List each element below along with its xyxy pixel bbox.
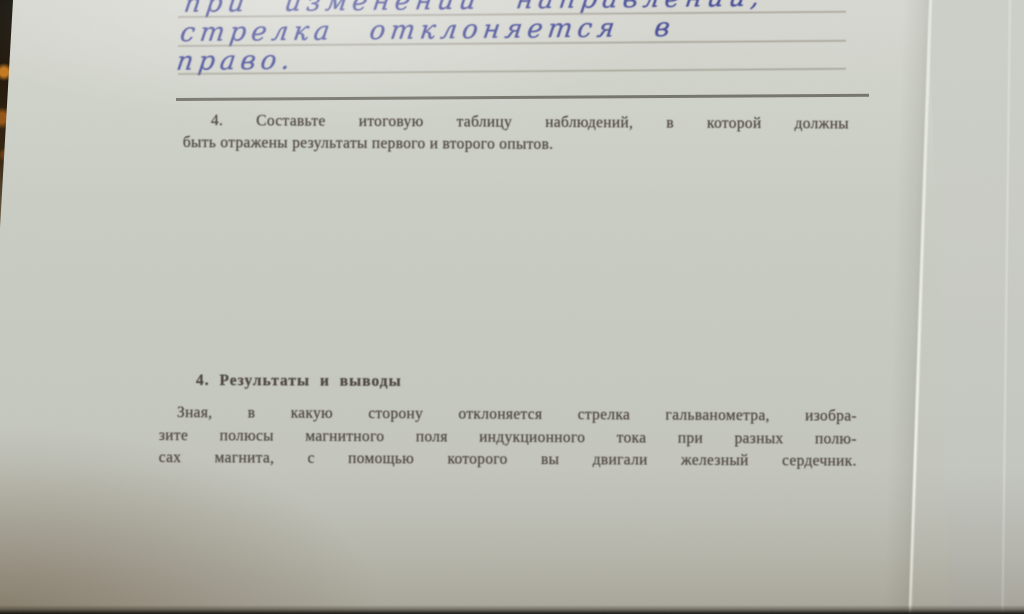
question-4-text: 4. Составьте итоговую таблицу наблюдений… (183, 110, 849, 157)
answer-blank-end-line (176, 94, 869, 101)
under-page-edge (1001, 0, 1011, 614)
results-line-3: сах магнита, с помощью которого вы двига… (159, 447, 857, 473)
workbook-page: при изменении направлении, стрелка откло… (0, 0, 1024, 614)
table-edge-bottom (0, 605, 1024, 614)
photographed-workbook-page: при изменении направлении, стрелка откло… (0, 0, 1024, 614)
results-heading: 4. Результаты и выводы (196, 372, 402, 391)
results-line-1: Зная, в какую сторону отклоняется стрелк… (159, 402, 857, 428)
results-paragraph: Зная, в какую сторону отклоняется стрелк… (159, 402, 857, 473)
question-4-line-2: быть отражены результаты первого и второ… (183, 132, 849, 157)
